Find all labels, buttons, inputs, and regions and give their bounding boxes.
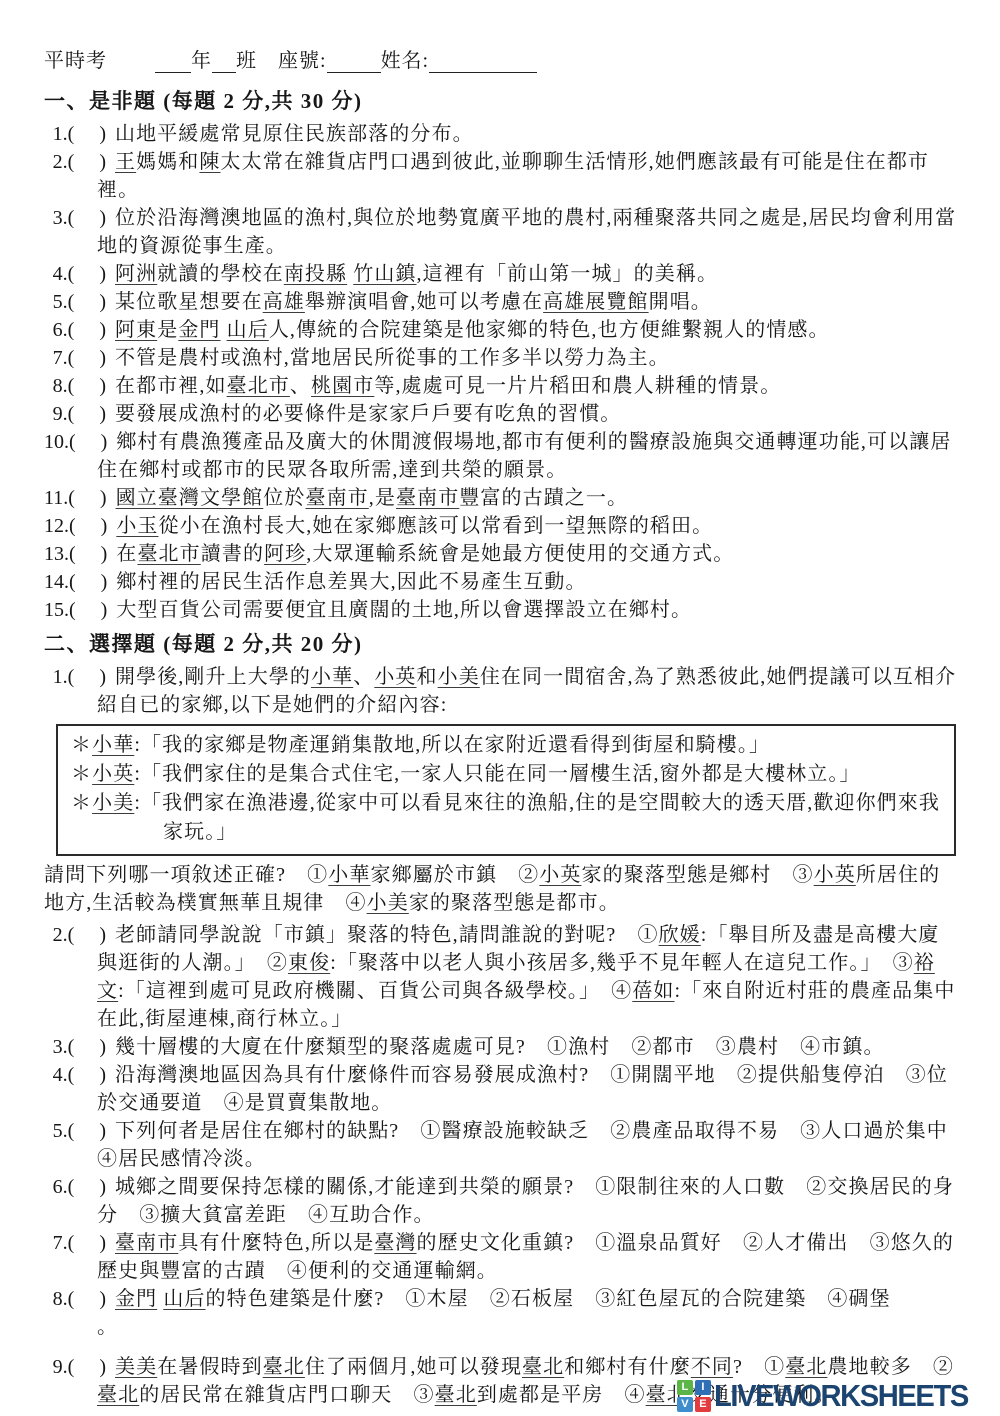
question-row: 9.( )要發展成漁村的必要條件是家家戶戶要有吃魚的習慣。	[44, 400, 958, 428]
question-row: 7.( )不管是農村或漁村,當地居民所從事的工作多半以勞力為主。	[44, 344, 958, 372]
question-row: 15.( )大型百貨公司需要便宜且廣闊的土地,所以會選擇設立在鄉村。	[44, 596, 958, 624]
question-text: 在都市裡,如臺北市、桃園市等,處處可見一片片稻田和農人耕種的情景。	[115, 375, 781, 397]
question-number: 9.( )	[44, 400, 106, 428]
question-text: 大型百貨公司需要便宜且廣闊的土地,所以會選擇設立在鄉村。	[116, 599, 692, 621]
speaker-line: ＊小美:「我們家在漁港邊,從家中可以看見來往的漁船,住的是空間較大的透天厝,歡迎…	[71, 789, 944, 847]
question-text: 小玉從小在漁村長大,她在家鄉應該可以常看到一望無際的稻田。	[116, 515, 713, 537]
question-text: 山地平緩處常見原住民族部落的分布。	[115, 123, 474, 145]
question-number: 1.( )	[44, 663, 106, 691]
question-number: 12.( )	[44, 512, 107, 540]
question-text: 阿洲就讀的學校在南投縣 竹山鎮,這裡有「前山第一城」的美稱。	[115, 263, 718, 285]
question-number: 1.( )	[44, 120, 106, 148]
section2-title: 二、選擇題 (每題 2 分,共 20 分)	[44, 628, 958, 658]
question-number: 5.( )	[44, 1117, 106, 1145]
speakers-box-lines: ＊小華:「我的家鄉是物產運銷集散地,所以在家附近還看得到街屋和騎樓。」＊小英:「…	[71, 731, 944, 847]
exam-header: 平時考 年 班 座號: 姓名:	[44, 44, 958, 73]
question-number: 2.( )	[44, 148, 106, 176]
question-row: 7.( )臺南市具有什麼特色,所以是臺灣的歷史文化重鎮? ①溫泉品質好 ②人才備…	[44, 1229, 958, 1285]
question-row: 11.( )國立臺灣文學館位於臺南市,是臺南市豐富的古蹟之一。	[44, 484, 958, 512]
question1-options-paragraph: 請問下列哪一項敘述正確? ①小華家鄉屬於市鎮 ②小英家的聚落型態是鄉村 ③小英所…	[44, 861, 958, 917]
section1-title: 一、是非題 (每題 2 分,共 30 分)	[44, 85, 958, 115]
question-row: 14.( )鄉村裡的居民生活作息差異大,因此不易產生互動。	[44, 568, 958, 596]
question-text: 沿海灣澳地區因為具有什麼條件而容易發展成漁村? ①開闊平地 ②提供船隻停泊 ③位…	[97, 1064, 948, 1114]
section1-questions: 1.( )山地平緩處常見原住民族部落的分布。2.( )王媽媽和陳太太常在雜貨店門…	[44, 120, 958, 624]
speakers-box: ＊小華:「我的家鄉是物產運銷集散地,所以在家附近還看得到街屋和騎樓。」＊小英:「…	[56, 724, 956, 856]
question-number: 8.( )	[44, 1285, 106, 1313]
question-row: 12.( )小玉從小在漁村長大,她在家鄉應該可以常看到一望無際的稻田。	[44, 512, 958, 540]
liveworksheets-tiles-icon: LIVE	[677, 1380, 711, 1412]
question-number: 7.( )	[44, 1229, 106, 1257]
question-text: 位於沿海灣澳地區的漁村,與位於地勢寬廣平地的農村,兩種聚落共同之處是,居民均會利…	[97, 207, 956, 257]
question-row: 3.( )幾十層樓的大廈在什麼類型的聚落處處可見? ①漁村 ②都市 ③農村 ④市…	[44, 1033, 958, 1061]
question-number: 2.( )	[44, 921, 106, 949]
logo-tile: E	[695, 1397, 711, 1412]
question-text: 阿東是金門 山后人,傳統的合院建築是他家鄉的特色,也方便維繫親人的情感。	[115, 319, 830, 341]
liveworksheets-brand-text: LIVEWORKSHEETS	[714, 1378, 968, 1414]
question-row: 4.( )沿海灣澳地區因為具有什麼條件而容易發展成漁村? ①開闊平地 ②提供船隻…	[44, 1061, 958, 1117]
section2-questions: 2.( )老師請同學說說「市鎮」聚落的特色,請問誰說的對呢? ①欣媛:「舉目所及…	[44, 921, 958, 1409]
question-row: 8.( )金門 山后的特色建築是什麼? ①木屋 ②石板屋 ③紅色屋瓦的合院建築 …	[44, 1285, 958, 1341]
question-number: 13.( )	[44, 540, 107, 568]
question-row: 5.( )某位歌星想要在高雄舉辦演唱會,她可以考慮在高雄展覽館開唱。	[44, 288, 958, 316]
question-text: 下列何者是居住在鄉村的缺點? ①醫療設施較缺乏 ②農產品取得不易 ③人口過於集中…	[97, 1120, 969, 1170]
question-row: 5.( )下列何者是居住在鄉村的缺點? ①醫療設施較缺乏 ②農產品取得不易 ③人…	[44, 1117, 958, 1173]
question-number: 8.( )	[44, 372, 106, 400]
question-row: 1.( )山地平緩處常見原住民族部落的分布。	[44, 120, 958, 148]
speaker-line: ＊小英:「我們家住的是集合式住宅,一家人只能在同一層樓生活,窗外都是大樓林立。」	[71, 760, 944, 789]
liveworksheets-logo: LIVE LIVEWORKSHEETS	[677, 1378, 984, 1414]
question-text: 某位歌星想要在高雄舉辦演唱會,她可以考慮在高雄展覽館開唱。	[115, 291, 712, 313]
question-text: 國立臺灣文學館位於臺南市,是臺南市豐富的古蹟之一。	[116, 487, 629, 509]
question-number: 14.( )	[44, 568, 107, 596]
question-row: 4.( )阿洲就讀的學校在南投縣 竹山鎮,這裡有「前山第一城」的美稱。	[44, 260, 958, 288]
section2-intro-question: 1.( )開學後,剛升上大學的小華、小英和小美住在同一間宿舍,為了熟悉彼此,她們…	[44, 663, 958, 719]
question-number: 4.( )	[44, 1061, 106, 1089]
question-text: 在臺北市讀書的阿珍,大眾運輸系統會是她最方便使用的交通方式。	[116, 543, 734, 565]
question-number: 15.( )	[44, 596, 107, 624]
question-row: 6.( )阿東是金門 山后人,傳統的合院建築是他家鄉的特色,也方便維繫親人的情感…	[44, 316, 958, 344]
question-text: 開學後,剛升上大學的小華、小英和小美住在同一間宿舍,為了熟悉彼此,她們提議可以互…	[97, 666, 956, 716]
question-row: 1.( )開學後,剛升上大學的小華、小英和小美住在同一間宿舍,為了熟悉彼此,她們…	[44, 663, 958, 719]
question-row: 8.( )在都市裡,如臺北市、桃園市等,處處可見一片片稻田和農人耕種的情景。	[44, 372, 958, 400]
question-text: 金門 山后的特色建築是什麼? ①木屋 ②石板屋 ③紅色屋瓦的合院建築 ④碉堡。	[97, 1288, 891, 1338]
question-text: 不管是農村或漁村,當地居民所從事的工作多半以勞力為主。	[115, 347, 670, 369]
question-number: 7.( )	[44, 344, 106, 372]
question-row: 2.( )老師請同學說說「市鎮」聚落的特色,請問誰說的對呢? ①欣媛:「舉目所及…	[44, 921, 958, 1033]
question-number: 11.( )	[44, 484, 107, 512]
question-text: 幾十層樓的大廈在什麼類型的聚落處處可見? ①漁村 ②都市 ③農村 ④市鎮。	[115, 1036, 885, 1058]
question-text: 城鄉之間要保持怎樣的關係,才能達到共榮的願景? ①限制往來的人口數 ②交換居民的…	[97, 1176, 954, 1226]
question-row: 13.( )在臺北市讀書的阿珍,大眾運輸系統會是她最方便使用的交通方式。	[44, 540, 958, 568]
question-number: 5.( )	[44, 288, 106, 316]
question-text: 王媽媽和陳太太常在雜貨店門口遇到彼此,並聊聊生活情形,她們應該最有可能是住在都市…	[97, 151, 929, 201]
question-number: 9.( )	[44, 1353, 106, 1381]
worksheet-page: 平時考 年 班 座號: 姓名: 一、是非題 (每題 2 分,共 30 分) 1.…	[0, 0, 1000, 1409]
logo-tile: V	[677, 1397, 693, 1412]
question-number: 6.( )	[44, 1173, 106, 1201]
question-number: 4.( )	[44, 260, 106, 288]
question-text: 要發展成漁村的必要條件是家家戶戶要有吃魚的習慣。	[115, 403, 621, 425]
question-row: 6.( )城鄉之間要保持怎樣的關係,才能達到共榮的願景? ①限制往來的人口數 ②…	[44, 1173, 958, 1229]
question-text: 老師請同學說說「市鎮」聚落的特色,請問誰說的對呢? ①欣媛:「舉目所及盡是高樓大…	[97, 924, 955, 1030]
question-text: 臺南市具有什麼特色,所以是臺灣的歷史文化重鎮? ①溫泉品質好 ②人才備出 ③悠久…	[97, 1232, 954, 1282]
question-row: 10.( )鄉村有農漁獲產品及廣大的休閒渡假場地,都市有便利的醫療設施與交通轉運…	[44, 428, 958, 484]
question-number: 10.( )	[44, 428, 107, 456]
logo-tile: L	[677, 1380, 693, 1395]
question-row: 3.( )位於沿海灣澳地區的漁村,與位於地勢寬廣平地的農村,兩種聚落共同之處是,…	[44, 204, 958, 260]
question-text: 鄉村裡的居民生活作息差異大,因此不易產生互動。	[116, 571, 586, 593]
question-text: 鄉村有農漁獲產品及廣大的休閒渡假場地,都市有便利的醫療設施與交通轉運功能,可以讓…	[97, 431, 951, 481]
speaker-line: ＊小華:「我的家鄉是物產運銷集散地,所以在家附近還看得到街屋和騎樓。」	[71, 731, 944, 760]
question-number: 3.( )	[44, 1033, 106, 1061]
logo-tile: I	[695, 1380, 711, 1395]
question-number: 6.( )	[44, 316, 106, 344]
question-row: 2.( )王媽媽和陳太太常在雜貨店門口遇到彼此,並聊聊生活情形,她們應該最有可能…	[44, 148, 958, 204]
question-number: 3.( )	[44, 204, 106, 232]
